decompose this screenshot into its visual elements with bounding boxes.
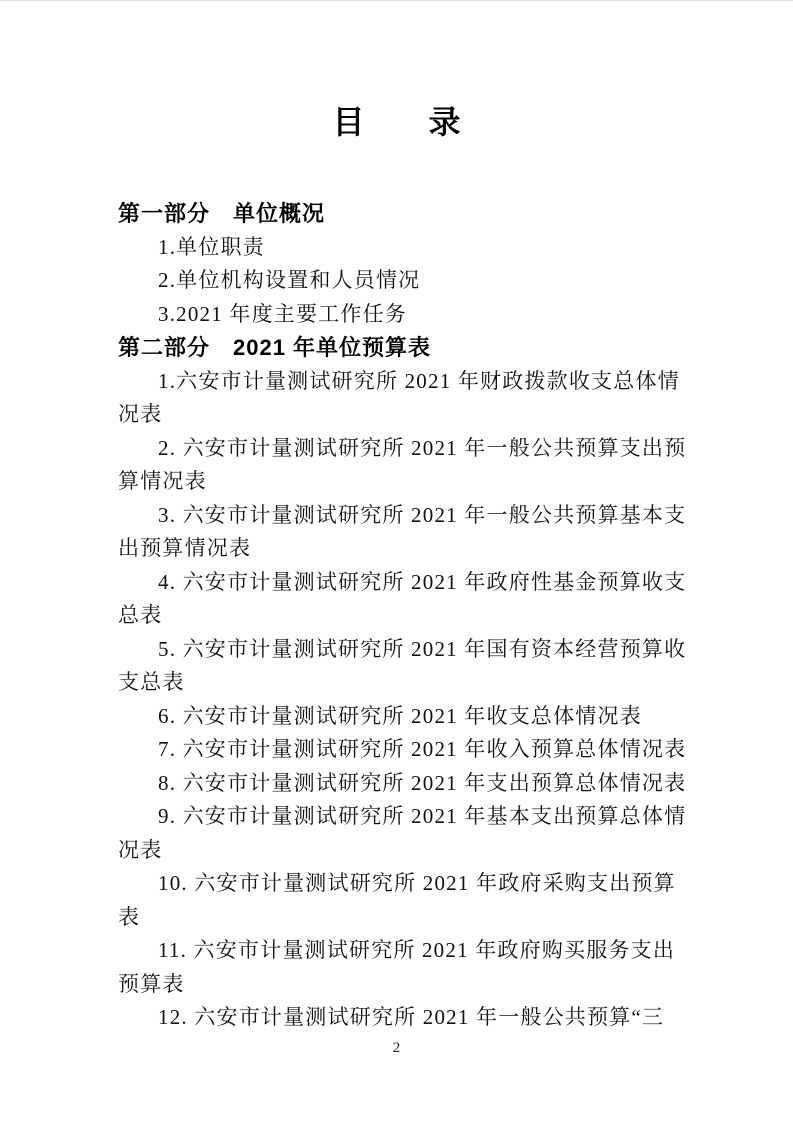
- page-number: 2: [0, 1039, 793, 1057]
- toc-item-line: 5. 六安市计量测试研究所 2021 年国有资本经营预算收: [118, 633, 678, 667]
- toc-item-line: 8. 六安市计量测试研究所 2021 年支出预算总体情况表: [118, 767, 678, 801]
- toc-item-line: 6. 六安市计量测试研究所 2021 年收支总体情况表: [118, 700, 678, 734]
- toc-item-line: 3. 六安市计量测试研究所 2021 年一般公共预算基本支: [118, 499, 678, 533]
- toc-item-line-continuation: 况表: [118, 398, 678, 432]
- toc-item-line: 11. 六安市计量测试研究所 2021 年政府购买服务支出: [118, 934, 678, 968]
- toc-item-line-continuation: 总表: [118, 599, 678, 633]
- toc-item-line: 7. 六安市计量测试研究所 2021 年收入预算总体情况表: [118, 733, 678, 767]
- toc-item-line: 1.单位职责: [118, 231, 678, 265]
- toc-item-line: 4. 六安市计量测试研究所 2021 年政府性基金预算收支: [118, 566, 678, 600]
- toc-item-line: 10. 六安市计量测试研究所 2021 年政府采购支出预算: [118, 867, 678, 901]
- toc-item-line-continuation: 表: [118, 901, 678, 935]
- toc-item-line: 2.单位机构设置和人员情况: [118, 264, 678, 298]
- toc-item-line-continuation: 支总表: [118, 666, 678, 700]
- table-of-contents: 第一部分 单位概况 1.单位职责 2.单位机构设置和人员情况 3.2021 年度…: [118, 197, 678, 1035]
- section-heading-part1: 第一部分 单位概况: [118, 197, 678, 231]
- toc-item-line: 3.2021 年度主要工作任务: [118, 298, 678, 332]
- toc-item-line-continuation: 出预算情况表: [118, 532, 678, 566]
- toc-item-line-continuation: 算情况表: [118, 465, 678, 499]
- page: 目 录 第一部分 单位概况 1.单位职责 2.单位机构设置和人员情况 3.202…: [0, 0, 793, 1123]
- section-heading-part2: 第二部分 2021 年单位预算表: [118, 331, 678, 365]
- document-title: 目 录: [0, 97, 793, 147]
- toc-item-line: 1.六安市计量测试研究所 2021 年财政拨款收支总体情: [118, 365, 678, 399]
- toc-item-line: 12. 六安市计量测试研究所 2021 年一般公共预算“三: [118, 1001, 678, 1035]
- toc-item-line: 2. 六安市计量测试研究所 2021 年一般公共预算支出预: [118, 432, 678, 466]
- toc-item-line: 9. 六安市计量测试研究所 2021 年基本支出预算总体情: [118, 800, 678, 834]
- toc-item-line-continuation: 况表: [118, 834, 678, 868]
- toc-item-line-continuation: 预算表: [118, 968, 678, 1002]
